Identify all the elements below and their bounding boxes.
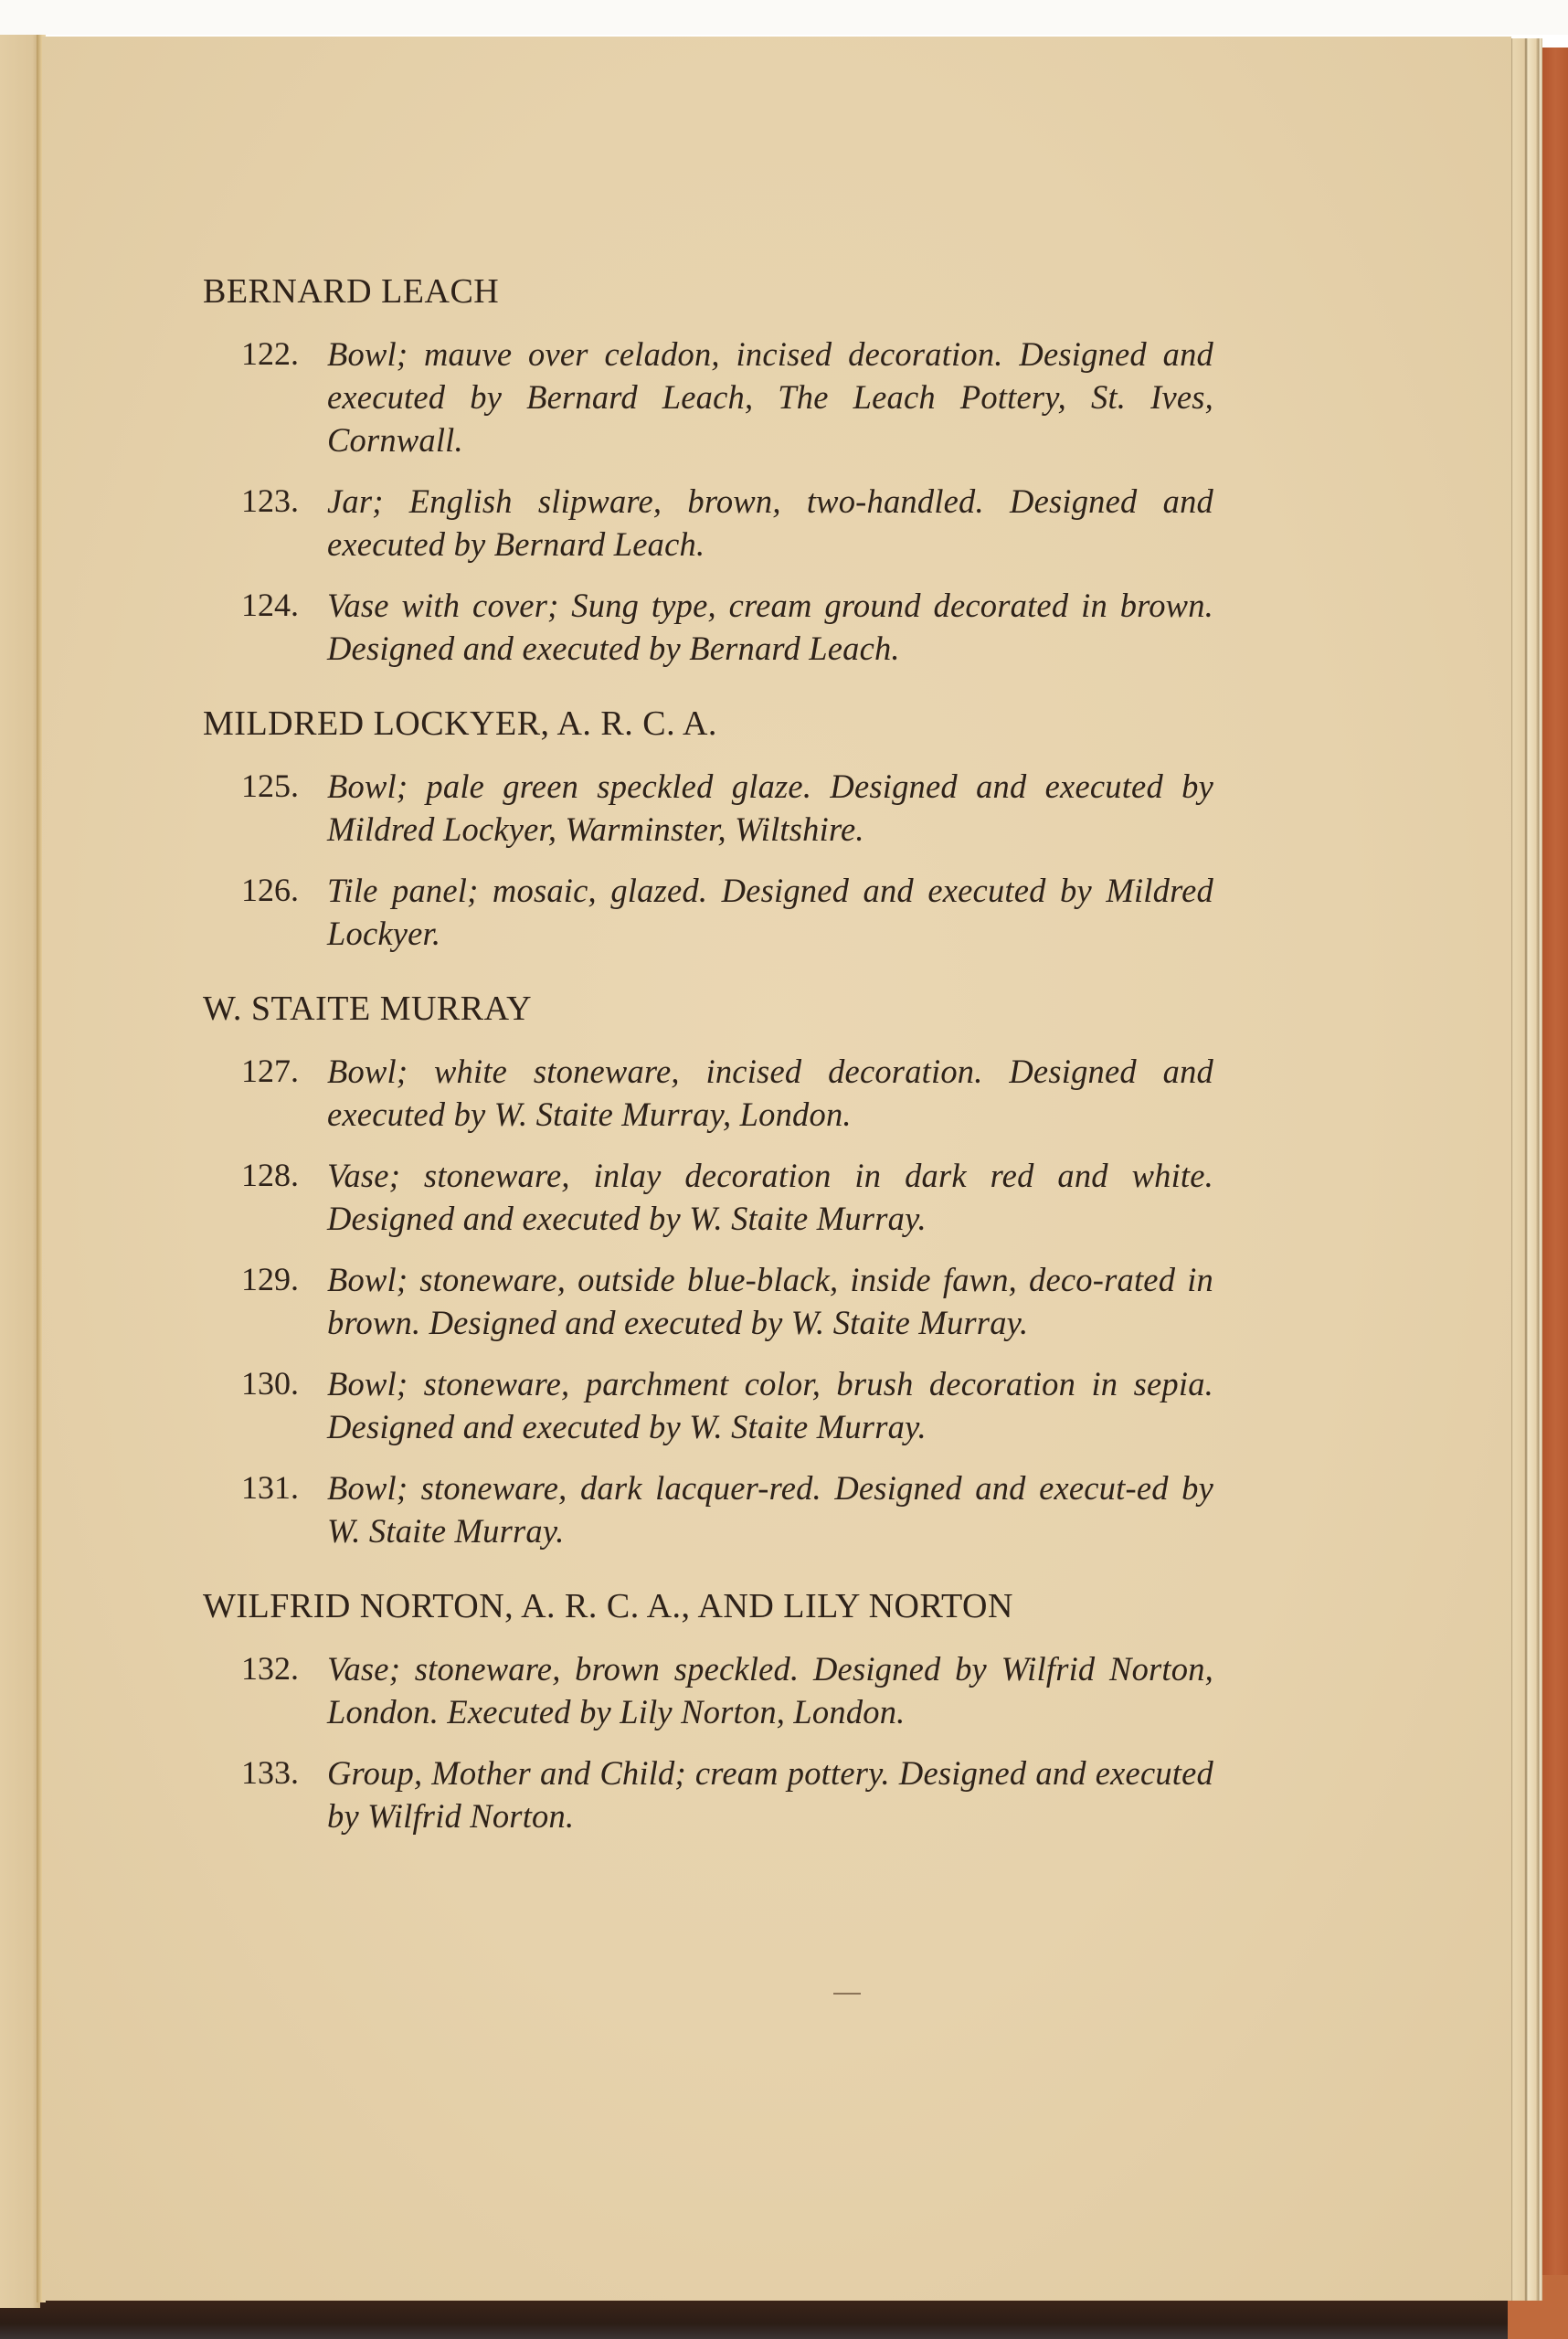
entry-description: Vase; stoneware, brown speckled. Designe… [327, 1647, 1213, 1733]
catalog-entry: 131. Bowl; stoneware, dark lacquer-red. … [203, 1466, 1226, 1552]
page-stack-edges [1510, 38, 1542, 2301]
entry-number: 124. [203, 584, 327, 627]
entry-description: Bowl; mauve over celadon, incised decora… [327, 333, 1213, 461]
entry-number: 122. [203, 333, 327, 376]
catalog-entry: 124. Vase with cover; Sung type, cream g… [203, 584, 1226, 670]
entry-description: Bowl; white stoneware, incised decoratio… [327, 1050, 1213, 1136]
artist-heading: MILDRED LOCKYER, A. R. C. A. [203, 703, 1226, 745]
entry-number: 127. [203, 1050, 327, 1093]
catalog-entry: 122. Bowl; mauve over celadon, incised d… [203, 333, 1226, 461]
entry-description: Bowl; stoneware, dark lacquer-red. Desig… [327, 1466, 1213, 1552]
artist-heading: BERNARD LEACH [203, 270, 1226, 312]
catalog-entry: 123. Jar; English slipware, brown, two-h… [203, 480, 1226, 566]
book-cover-bottom [0, 2301, 1568, 2339]
catalog-entry: 126. Tile panel; mosaic, glazed. Designe… [203, 869, 1226, 955]
facing-page-edge [0, 35, 40, 2308]
entry-description: Group, Mother and Child; cream pottery. … [327, 1752, 1213, 1837]
entry-number: 130. [203, 1362, 327, 1405]
entry-description: Bowl; stoneware, outside blue-black, ins… [327, 1258, 1213, 1344]
catalog-entry: 127. Bowl; white stoneware, incised deco… [203, 1050, 1226, 1136]
entry-description: Bowl; pale green speckled glaze. Designe… [327, 765, 1213, 851]
entry-description: Jar; English slipware, brown, two-handle… [327, 480, 1213, 566]
book-cover-edge [1542, 48, 1568, 2339]
scan-background [0, 0, 1568, 35]
entry-number: 125. [203, 765, 327, 808]
catalog-content: BERNARD LEACH 122. Bowl; mauve over cela… [203, 270, 1226, 1870]
catalog-entry: 125. Bowl; pale green speckled glaze. De… [203, 765, 1226, 851]
catalog-entry: 129. Bowl; stoneware, outside blue-black… [203, 1258, 1226, 1344]
page-mark [833, 1993, 861, 1995]
entry-number: 132. [203, 1647, 327, 1690]
entry-number: 131. [203, 1466, 327, 1509]
artist-section-norton: WILFRID NORTON, A. R. C. A., AND LILY NO… [203, 1585, 1226, 1837]
artist-section-leach: BERNARD LEACH 122. Bowl; mauve over cela… [203, 270, 1226, 670]
artist-heading: WILFRID NORTON, A. R. C. A., AND LILY NO… [203, 1585, 1226, 1627]
catalog-entry: 133. Group, Mother and Child; cream pott… [203, 1752, 1226, 1837]
entry-description: Vase with cover; Sung type, cream ground… [327, 584, 1213, 670]
entry-number: 123. [203, 480, 327, 523]
catalog-entry: 128. Vase; stoneware, inlay decoration i… [203, 1154, 1226, 1240]
catalog-entry: 130. Bowl; stoneware, parchment color, b… [203, 1362, 1226, 1448]
entry-number: 133. [203, 1752, 327, 1794]
entry-description: Tile panel; mosaic, glazed. Designed and… [327, 869, 1213, 955]
entry-number: 128. [203, 1154, 327, 1197]
artist-section-lockyer: MILDRED LOCKYER, A. R. C. A. 125. Bowl; … [203, 703, 1226, 955]
artist-heading: W. STAITE MURRAY [203, 988, 1226, 1030]
entry-description: Vase; stoneware, inlay decoration in dar… [327, 1154, 1213, 1240]
artist-section-murray: W. STAITE MURRAY 127. Bowl; white stonew… [203, 988, 1226, 1552]
entry-number: 126. [203, 869, 327, 912]
catalog-entry: 132. Vase; stoneware, brown speckled. De… [203, 1647, 1226, 1733]
entry-description: Bowl; stoneware, parchment color, brush … [327, 1362, 1213, 1448]
entry-number: 129. [203, 1258, 327, 1301]
